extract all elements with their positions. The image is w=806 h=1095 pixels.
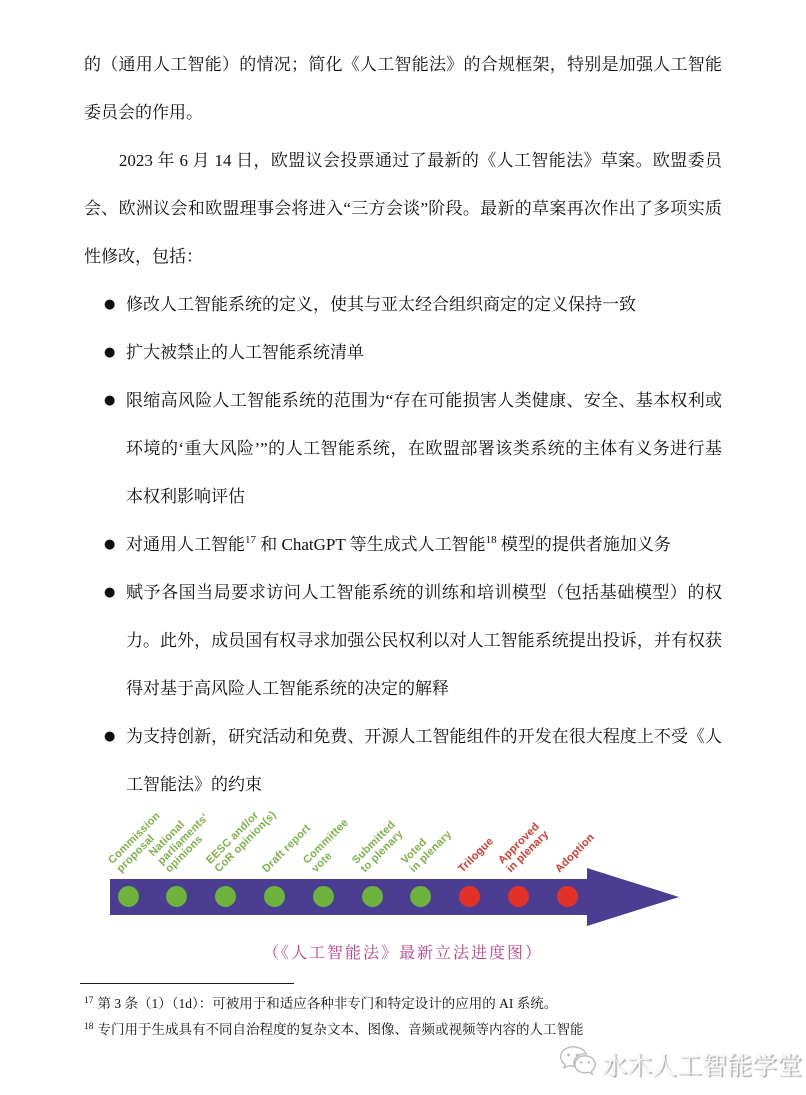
footnote-marker: 18 xyxy=(84,1022,94,1032)
bullet-text: 修改人工智能系统的定义，使其与亚太经合组织商定的定义保持一致 xyxy=(126,295,636,314)
timeline-stage-label: Trilogue xyxy=(456,835,496,875)
bullet-text-segment: 对通用人工智能 xyxy=(126,535,245,554)
footnote-ref-17: 17 xyxy=(245,534,256,546)
timeline-stage-dot xyxy=(215,886,236,907)
footnote-separator xyxy=(80,983,294,984)
bullet-text: 为支持创新，研究活动和免费、开源人工智能组件的开发在很大程度上不受《人工智能法》… xyxy=(126,727,722,794)
bullet-item-definition: ● 修改人工智能系统的定义，使其与亚太经合组织商定的定义保持一致 xyxy=(84,281,722,329)
bullet-item-banned-list: ● 扩大被禁止的人工智能系统清单 xyxy=(84,329,722,377)
bullet-marker: ● xyxy=(104,713,115,761)
timeline-stage-dot xyxy=(508,886,529,907)
watermark-text: 水木人工智能学堂 xyxy=(602,1046,802,1082)
timeline-stages: Commission proposalNational parliaments'… xyxy=(110,809,806,935)
bullet-text: 对通用人工智能17 和 ChatGPT 等生成式人工智能18 模型的提供者施加义… xyxy=(126,535,671,554)
footnote-18: 18专门用于生成具有不同自治程度的复杂文本、图像、音频或视频等内容的人工智能 xyxy=(84,1016,604,1042)
timeline-stage-dot xyxy=(459,886,480,907)
paragraph-text: 的（通用人工智能）的情况；简化《人工智能法》的合规框架，特别是加强人工智能委员会… xyxy=(84,55,722,122)
bullet-item-innovation-exemption: ● 为支持创新，研究活动和免费、开源人工智能组件的开发在很大程度上不受《人工智能… xyxy=(84,713,722,809)
legislation-timeline-figure: Commission proposalNational parliaments'… xyxy=(110,809,806,935)
timeline-stage-label: Approved in plenary xyxy=(497,821,551,875)
paragraph-intro-continued: 的（通用人工智能）的情况；简化《人工智能法》的合规框架，特别是加强人工智能委员会… xyxy=(84,41,722,137)
timeline-stage-label: Submitted to plenary xyxy=(351,819,407,875)
footnote-marker: 17 xyxy=(84,996,94,1006)
watermark: 水木人工智能学堂 xyxy=(559,1045,802,1083)
bullet-marker: ● xyxy=(104,281,115,329)
timeline-stage-label: Adoption xyxy=(554,832,597,875)
bullet-marker: ● xyxy=(104,569,115,617)
timeline-stage-label: Draft report xyxy=(261,822,314,875)
timeline-stage-dot xyxy=(264,886,285,907)
bullet-text: 限缩高风险人工智能系统的范围为“存在可能损害人类健康、安全、基本权利或环境的‘重… xyxy=(126,391,722,506)
footnote-ref-18: 18 xyxy=(486,534,497,546)
paragraph-vote-2023: 2023 年 6 月 14 日，欧盟议会投票通过了最新的《人工智能法》草案。欧盟… xyxy=(84,137,722,281)
wechat-logo-icon xyxy=(559,1045,597,1083)
bullet-item-gpai-obligations: ● 对通用人工智能17 和 ChatGPT 等生成式人工智能18 模型的提供者施… xyxy=(84,521,722,569)
bullet-item-high-risk-scope: ● 限缩高风险人工智能系统的范围为“存在可能损害人类健康、安全、基本权利或环境的… xyxy=(84,377,722,521)
bullet-marker: ● xyxy=(104,377,115,425)
bullet-text: 赋予各国当局要求访问人工智能系统的训练和培训模型（包括基础模型）的权力。此外，成… xyxy=(126,583,722,698)
footnote-text: 专门用于生成具有不同自治程度的复杂文本、图像、音频或视频等内容的人工智能 xyxy=(98,1022,584,1037)
bullet-text: 扩大被禁止的人工智能系统清单 xyxy=(126,343,364,362)
timeline-stage-dot xyxy=(166,886,187,907)
timeline-stage-dot xyxy=(410,886,431,907)
document-page: 的（通用人工智能）的情况；简化《人工智能法》的合规框架，特别是加强人工智能委员会… xyxy=(0,0,806,1095)
timeline-stage-dot xyxy=(557,886,578,907)
bullet-item-authority-access: ● 赋予各国当局要求访问人工智能系统的训练和培训模型（包括基础模型）的权力。此外… xyxy=(84,569,722,713)
bullet-marker: ● xyxy=(104,521,115,569)
paragraph-text: 2023 年 6 月 14 日，欧盟议会投票通过了最新的《人工智能法》草案。欧盟… xyxy=(84,151,722,266)
footnote-17: 17第 3 条（1）（1d）：可被用于和适应各种非专门和特定设计的应用的 AI … xyxy=(84,990,604,1016)
footnote-text: 第 3 条（1）（1d）：可被用于和适应各种非专门和特定设计的应用的 AI 系统… xyxy=(98,996,558,1011)
timeline-stage-dot xyxy=(118,886,139,907)
timeline-stage-dot xyxy=(313,886,334,907)
bullet-text-segment: 模型的提供者施加义务 xyxy=(497,535,671,554)
timeline-stage-label: Committee vote xyxy=(302,817,360,875)
document-content: 的（通用人工智能）的情况；简化《人工智能法》的合规框架，特别是加强人工智能委员会… xyxy=(0,0,806,1041)
footnotes: 17第 3 条（1）（1d）：可被用于和适应各种非专门和特定设计的应用的 AI … xyxy=(84,990,604,1041)
amendments-bullet-list: ● 修改人工智能系统的定义，使其与亚太经合组织商定的定义保持一致 ● 扩大被禁止… xyxy=(84,281,722,809)
timeline-stage-dot xyxy=(362,886,383,907)
timeline-stage-label: Voted in plenary xyxy=(400,821,454,875)
bullet-text-segment: 和 ChatGPT 等生成式人工智能 xyxy=(256,535,486,554)
figure-caption: （《人工智能法》最新立法进度图） xyxy=(84,941,722,967)
bullet-marker: ● xyxy=(104,329,115,377)
